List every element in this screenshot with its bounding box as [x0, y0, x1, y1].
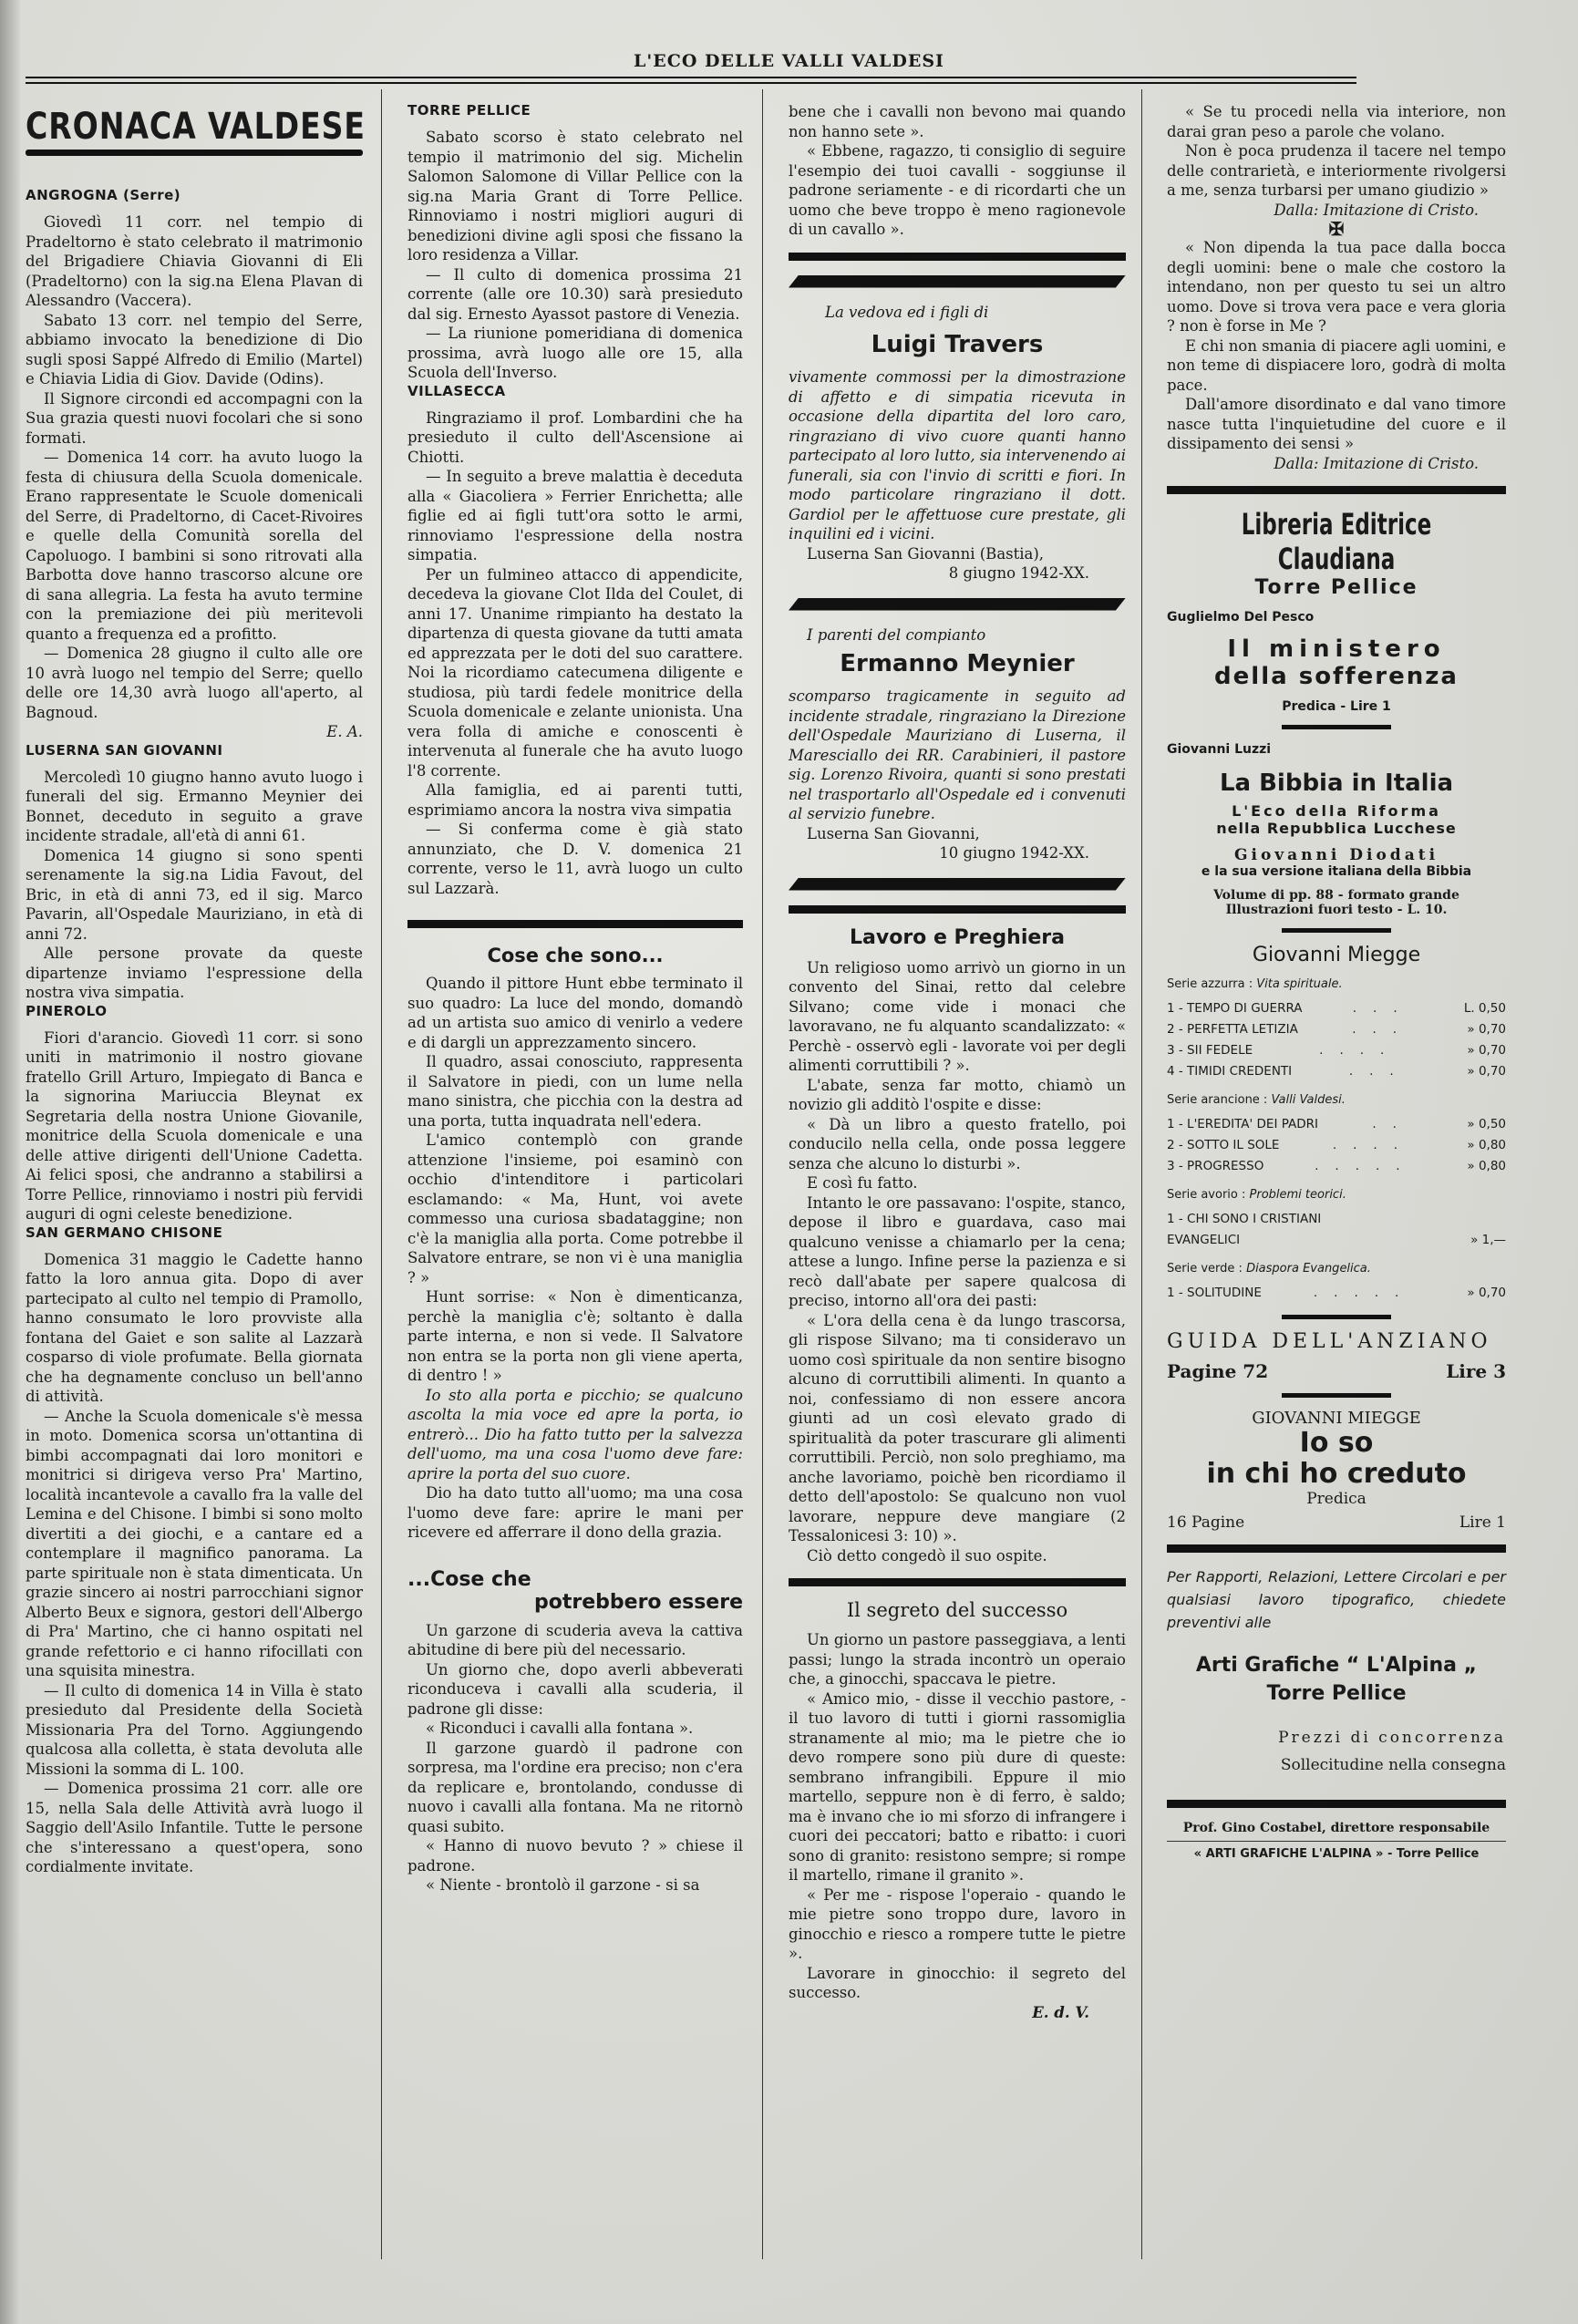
title-underline	[26, 150, 363, 156]
paragraph: Un giorno che, dopo averli abbeverati ri…	[407, 1660, 743, 1720]
paragraph: Fiori d'arancio. Giovedì 11 corr. si son…	[26, 1028, 363, 1224]
book-row: 2 - SOTTO IL SOLE....» 0,80	[1167, 1135, 1506, 1156]
book-author: GIOVANNI MIEGGE	[1167, 1409, 1506, 1428]
paragraph: E così fu fatto.	[789, 1173, 1126, 1193]
section-heading: TORRE PELLICE	[407, 102, 743, 119]
quote-source: Dalla: Imitazione di Cristo.	[1167, 454, 1506, 474]
printer-slogan: Sollecitudine nella consegna	[1167, 1756, 1506, 1774]
notice-ermanno-meynier: I parenti del compianto Ermanno Meynier …	[789, 625, 1126, 863]
masthead: L'ECO DELLE VALLI VALDESI	[0, 51, 1578, 71]
quote-paragraph: E chi non smania di piacere agli uomini,…	[1167, 336, 1506, 396]
book-author: Giovanni Luzzi	[1167, 742, 1506, 757]
scan-edge-shadow	[0, 0, 20, 2324]
column-separator	[381, 89, 382, 2259]
book-author: Guglielmo Del Pesco	[1167, 610, 1506, 625]
paragraph: Hunt sorrise: « Non è dimenticanza, perc…	[407, 1287, 743, 1386]
column-separator	[1141, 89, 1142, 2259]
quote-imitazione-2: « Non dipenda la tua pace dalla bocca de…	[1167, 238, 1506, 473]
printer-name: Arti Grafiche “ L'Alpina „	[1167, 1654, 1506, 1677]
notice-intro: I parenti del compianto	[789, 625, 1126, 646]
paragraph: « Riconduci i cavalli alla fontana ».	[407, 1719, 743, 1739]
notice-place: Luserna San Giovanni,	[789, 824, 1126, 844]
book-author: Giovanni Miegge	[1167, 944, 1506, 966]
signature: E. A.	[26, 722, 363, 742]
article-angrogna: ANGROGNA (Serre) Giovedì 11 corr. nel te…	[26, 187, 363, 742]
mourning-bar	[789, 598, 1126, 611]
newspaper-page: L'ECO DELLE VALLI VALDESI CRONACA VALDES…	[0, 0, 1578, 2324]
article-torre-pellice: TORRE PELLICE Sabato scorso è stato cele…	[407, 102, 743, 383]
printer-ad-text: Per Rapporti, Relazioni, Lettere Circola…	[1167, 1565, 1506, 1634]
masthead-rule-top	[26, 77, 1356, 78]
paragraph: Sabato 13 corr. nel tempio del Serre, ab…	[26, 311, 363, 389]
column-2: TORRE PELLICE Sabato scorso è stato cele…	[407, 102, 743, 1895]
quote-imitazione-1: « Se tu procedi nella via interiore, non…	[1167, 102, 1506, 220]
publisher-city: Torre Pellice	[1167, 576, 1506, 599]
book-title: GUIDA DELL'ANZIANO	[1167, 1330, 1506, 1353]
series-label: Serie arancione : Valli Valdesi.	[1167, 1093, 1506, 1107]
book-row: 1 - CHI SONO I CRISTIANI EVANGELICI» 1,—	[1167, 1209, 1506, 1251]
notice-luigi-travers: La vedova ed i figli di Luigi Travers vi…	[789, 303, 1126, 584]
book-subtitle: nella Repubblica Lucchese	[1167, 820, 1506, 837]
section-heading: SAN GERMANO CHISONE	[26, 1224, 363, 1241]
divider	[1282, 1393, 1391, 1398]
divider-bar	[407, 920, 743, 928]
series-label: Serie azzurra : Vita spirituale.	[1167, 977, 1506, 991]
ad-claudiana: Libreria Editrice Claudiana Torre Pellic…	[1167, 507, 1506, 1553]
article-san-germano: SAN GERMANO CHISONE Domenica 31 maggio l…	[26, 1224, 363, 1877]
divider-bar	[1167, 486, 1506, 494]
paragraph: Domenica 14 giugno si sono spenti serena…	[26, 846, 363, 945]
book-title: della sofferenza	[1167, 663, 1506, 690]
paragraph: Alle persone provate da queste dipartenz…	[26, 944, 363, 1003]
article-luserna: LUSERNA SAN GIOVANNI Mercoledì 10 giugno…	[26, 742, 363, 1003]
quote-paragraph: Dall'amore disordinato e dal vano timore…	[1167, 395, 1506, 454]
column-3: bene che i cavalli non bevono mai quando…	[789, 102, 1126, 2022]
mourning-bar	[789, 275, 1126, 288]
ad-printer: Per Rapporti, Relazioni, Lettere Circola…	[1167, 1565, 1506, 1774]
paragraph: — Il culto di domenica 14 in Villa è sta…	[26, 1681, 363, 1780]
divider-bar	[789, 1578, 1126, 1586]
notice-name: Ermanno Meynier	[789, 650, 1126, 677]
paragraph: Quando il pittore Hunt ebbe terminato il…	[407, 974, 743, 1052]
book-row: 1 - SOLITUDINE.....» 0,70	[1167, 1283, 1506, 1304]
article-villasecca: VILLASECCA Ringraziamo il prof. Lombardi…	[407, 383, 743, 899]
article-title: Lavoro e Preghiera	[789, 926, 1126, 949]
paragraph: Alla famiglia, ed ai parenti tutti, espr…	[407, 780, 743, 820]
paragraph: « Per me - rispose l'operaio - quando le…	[789, 1885, 1126, 1964]
paragraph: — La riunione pomeridiana di domenica pr…	[407, 324, 743, 383]
book-info: Illustrazioni fuori testo - L. 10.	[1167, 903, 1506, 917]
printer-credit: « ARTI GRAFICHE L'ALPINA » - Torre Pelli…	[1167, 1847, 1506, 1861]
article-cose-che-potrebbero-essere: ...Cose che potrebbero essere Un garzone…	[407, 1568, 743, 1895]
paragraph: « L'ora della cena è da lungo trascorsa,…	[789, 1311, 1126, 1546]
notice-date: 8 giugno 1942-XX.	[789, 563, 1126, 584]
quote-source: Dalla: Imitazione di Cristo.	[1167, 201, 1506, 221]
paragraph: « Amico mio, - disse il vecchio pastore,…	[789, 1689, 1126, 1885]
paragraph: Un giorno un pastore passeggiava, a lent…	[789, 1630, 1126, 1689]
series-label: Serie verde : Diaspora Evangelica.	[1167, 1262, 1506, 1276]
article-title-line1: ...Cose che	[407, 1568, 743, 1591]
divider	[1282, 928, 1391, 933]
paragraph: Il Signore circondi ed accompagni con la…	[26, 389, 363, 449]
divider-bar	[789, 253, 1126, 261]
article-title-line2: potrebbero essere	[407, 1591, 743, 1614]
paragraph: « Ebbene, ragazzo, ti consiglio di segui…	[789, 141, 1126, 240]
series-avorio: Serie avorio : Problemi teorici. 1 - CHI…	[1167, 1188, 1506, 1251]
section-heading: LUSERNA SAN GIOVANNI	[26, 742, 363, 759]
divider	[1282, 1315, 1391, 1319]
paragraph: — Il culto di domenica prossima 21 corre…	[407, 265, 743, 325]
column-separator	[762, 89, 763, 2259]
series-arancione: Serie arancione : Valli Valdesi. 1 - L'E…	[1167, 1093, 1506, 1177]
book-row: 3 - SII FEDELE....» 0,70	[1167, 1040, 1506, 1061]
masthead-rule-bottom	[26, 82, 1356, 84]
section-heading: PINEROLO	[26, 1003, 363, 1019]
paragraph: Ciò detto congedò il suo ospite.	[789, 1546, 1126, 1566]
paragraph: — Si conferma come è già stato annunziat…	[407, 820, 743, 898]
book-subtitle: L'Eco della Riforma	[1167, 802, 1506, 820]
paragraph: L'amico contemplò con grande attenzione …	[407, 1131, 743, 1287]
article-pinerolo: PINEROLO Fiori d'arancio. Giovedì 11 cor…	[26, 1003, 363, 1224]
section-heading: ANGROGNA (Serre)	[26, 187, 363, 203]
printer-slogan: Prezzi di concorrenza	[1167, 1729, 1506, 1747]
book-row: 1 - TEMPO DI GUERRA...L. 0,50	[1167, 998, 1506, 1019]
paragraph: — Domenica 14 corr. ha avuto luogo la fe…	[26, 448, 363, 644]
divider-bar	[1167, 1544, 1506, 1553]
section-title-cronaca: CRONACA VALDESE	[26, 106, 335, 148]
quote-paragraph: « Non dipenda la tua pace dalla bocca de…	[1167, 238, 1506, 336]
series-azzurra: Serie azzurra : Vita spirituale. 1 - TEM…	[1167, 977, 1506, 1082]
paragraph: Intanto le ore passavano: l'ospite, stan…	[789, 1193, 1126, 1311]
notice-body: vivamente commossi per la dimostrazione …	[789, 367, 1126, 544]
book-info: Predica - Lire 1	[1167, 699, 1506, 714]
paragraph: bene che i cavalli non bevono mai quando…	[789, 102, 1126, 141]
book-title: in chi ho creduto	[1167, 1459, 1506, 1490]
paragraph: Domenica 31 maggio le Cadette hanno fatt…	[26, 1250, 363, 1407]
quote-paragraph: Non è poca prudenza il tacere nel tempo …	[1167, 141, 1506, 201]
paragraph: Il garzone guardò il padrone con sorpres…	[407, 1739, 743, 1837]
book-subtitle: Giovanni Diodati	[1167, 846, 1506, 864]
book-info-row: 16 Pagine Lire 1	[1167, 1513, 1506, 1532]
paragraph: Per un fulmineo attacco di appendicite, …	[407, 565, 743, 781]
paragraph: Lavorare in ginocchio: il segreto del su…	[789, 1964, 1126, 2003]
paragraph: Un garzone di scuderia aveva la cattiva …	[407, 1621, 743, 1660]
paragraph: Io sto alla porta e picchio; se qualcuno…	[407, 1386, 743, 1484]
article-title: Cose che sono...	[407, 945, 743, 966]
notice-name: Luigi Travers	[789, 331, 1126, 358]
book-title: Il ministero	[1167, 635, 1506, 663]
publisher-name: Libreria Editrice Claudiana	[1201, 507, 1472, 576]
section-heading: VILLASECCA	[407, 383, 743, 399]
paragraph: Sabato scorso è stato celebrato nel temp…	[407, 128, 743, 265]
book-title: La Bibbia in Italia	[1167, 770, 1506, 797]
paragraph: Il quadro, assai conosciuto, rappresenta…	[407, 1052, 743, 1131]
paragraph: Giovedì 11 corr. nel tempio di Pradeltor…	[26, 212, 363, 311]
column-4: « Se tu procedi nella via interiore, non…	[1167, 102, 1506, 1861]
book-info-row: Pagine 72 Lire 3	[1167, 1360, 1506, 1382]
divider	[1282, 725, 1391, 729]
notice-place: Luserna San Giovanni (Bastia),	[789, 544, 1126, 564]
notice-body: scomparso tragicamente in seguito ad inc…	[789, 687, 1126, 824]
mourning-bar	[789, 878, 1126, 891]
paragraph: « Hanno di nuovo bevuto ? » chiese il pa…	[407, 1836, 743, 1875]
series-verde: Serie verde : Diaspora Evangelica. 1 - S…	[1167, 1262, 1506, 1304]
paragraph: Un religioso uomo arrivò un giorno in un…	[789, 958, 1126, 1076]
paragraph: Ringraziamo il prof. Lombardini che ha p…	[407, 408, 743, 468]
book-subtitle: e la sua versione italiana della Bibbia	[1167, 864, 1506, 879]
notice-date: 10 giugno 1942-XX.	[789, 843, 1126, 863]
article-cose-che-sono: Cose che sono... Quando il pittore Hunt …	[407, 945, 743, 1543]
paragraph: — Domenica 28 giugno il culto alle ore 1…	[26, 644, 363, 722]
article-lavoro-e-preghiera: Lavoro e Preghiera Un religioso uomo arr…	[789, 926, 1126, 1566]
footer-rule	[1167, 1841, 1506, 1842]
article-segreto-del-successo: Il segreto del successo Un giorno un pas…	[789, 1599, 1126, 2022]
editor-credit: Prof. Gino Costabel, direttore responsab…	[1167, 1821, 1506, 1835]
book-info: Volume di pp. 88 - formato grande	[1167, 888, 1506, 903]
book-row: 2 - PERFETTA LETIZIA...» 0,70	[1167, 1019, 1506, 1040]
paragraph: — In seguito a breve malattia è deceduta…	[407, 467, 743, 565]
paragraph: « Niente - brontolò il garzone - si sa	[407, 1875, 743, 1895]
book-kind: Predica	[1167, 1490, 1506, 1508]
divider-bar	[789, 905, 1126, 914]
signature: E. d. V.	[789, 2003, 1126, 2023]
column-1: CRONACA VALDESE ANGROGNA (Serre) Giovedì…	[26, 102, 363, 1877]
paragraph: L'abate, senza far motto, chiamò un novi…	[789, 1076, 1126, 1115]
book-row: 1 - L'EREDITA' DEI PADRI..» 0,50	[1167, 1114, 1506, 1135]
cross-ornament-icon: ✠	[1167, 220, 1506, 238]
paragraph: — Anche la Scuola domenicale s'è messa i…	[26, 1407, 363, 1681]
paragraph: Dio ha dato tutto all'uomo; ma una cosa …	[407, 1483, 743, 1543]
series-label: Serie avorio : Problemi teorici.	[1167, 1188, 1506, 1202]
book-row: 3 - PROGRESSO.....» 0,80	[1167, 1156, 1506, 1177]
quote-paragraph: « Se tu procedi nella via interiore, non…	[1167, 102, 1506, 141]
paragraph: — Domenica prossima 21 corr. alle ore 15…	[26, 1779, 363, 1877]
book-row: 4 - TIMIDI CREDENTI...» 0,70	[1167, 1061, 1506, 1082]
notice-intro: La vedova ed i figli di	[807, 303, 1126, 323]
paragraph: « Dà un libro a questo fratello, poi con…	[789, 1115, 1126, 1174]
book-title: Io so	[1167, 1428, 1506, 1459]
printer-city: Torre Pellice	[1167, 1682, 1506, 1705]
article-title: Il segreto del successo	[789, 1599, 1126, 1621]
paragraph: Mercoledì 10 giugno hanno avuto luogo i …	[26, 768, 363, 846]
divider-bar	[1167, 1800, 1506, 1808]
